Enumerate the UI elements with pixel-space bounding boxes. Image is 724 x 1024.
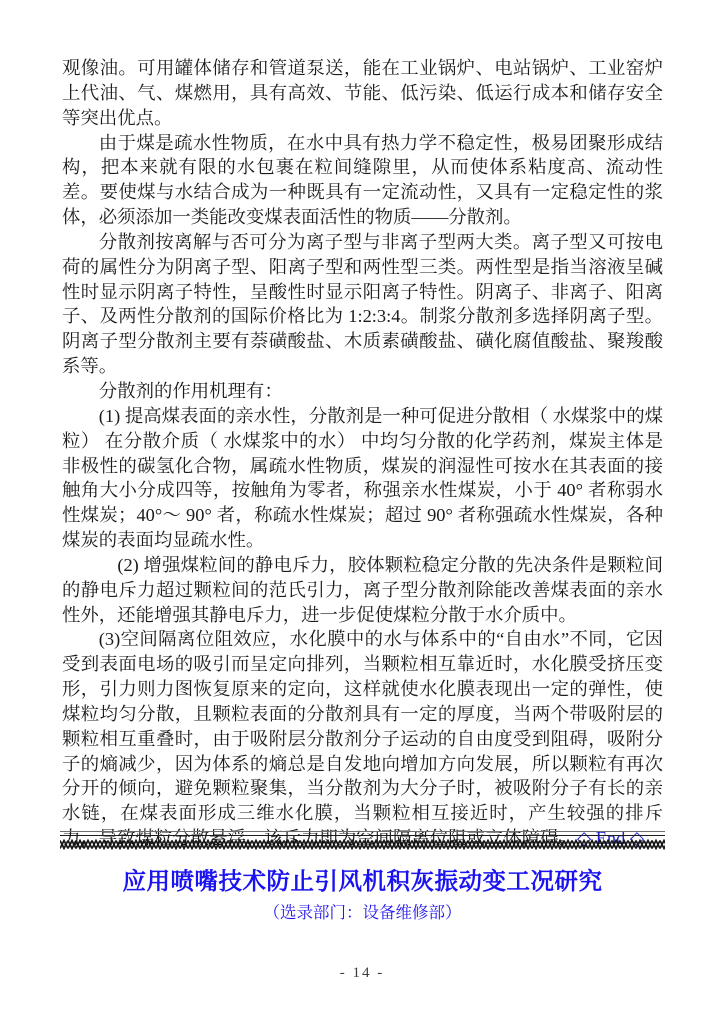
next-article-title: 应用喷嘴技术防止引风机积灰振动变工况研究 (62, 864, 663, 898)
page-number: - 14 - (0, 965, 724, 982)
paragraph-text: (3)空间隔离位阻效应，水化膜中的水与体系中的“自由水”不同，它因受到表面电场的… (62, 629, 663, 848)
paragraph: 分散剂按离解与否可分为离子型与非离子型两大类。离子型又可按电荷的属性分为阴离子型… (62, 230, 663, 379)
paragraph: (1) 提高煤表面的亲水性，分散剂是一种可促进分散相（ 水煤浆中的煤粒） 在分散… (62, 404, 663, 553)
paragraph: 由于煤是疏水性物质，在水中具有热力学不稳定性，极易团聚形成结构，把本来就有限的水… (62, 131, 663, 230)
paragraph: 分散剂的作用机理有： (62, 379, 663, 404)
paragraph: (2) 增强煤粒间的静电斥力，胶体颗粒稳定分散的先决条件是颗粒间的静电斥力超过颗… (62, 553, 663, 628)
next-article-subtitle: （选录部门：设备维修部） (62, 901, 663, 925)
document-page: 观像油。可用罐体储存和管道泵送，能在工业锅炉、电站锅炉、工业窑炉上代油、气、煤燃… (0, 0, 724, 1024)
divider-double-rule (60, 831, 665, 836)
section-divider (60, 831, 665, 850)
zigzag-ornament-icon (60, 839, 665, 850)
article-body: 观像油。可用罐体储存和管道泵送，能在工业锅炉、电站锅炉、工业窑炉上代油、气、煤燃… (62, 56, 663, 851)
paragraph: (3)空间隔离位阻效应，水化膜中的水与体系中的“自由水”不同，它因受到表面电场的… (62, 627, 663, 851)
paragraph: 观像油。可用罐体储存和管道泵送，能在工业锅炉、电站锅炉、工业窑炉上代油、气、煤燃… (62, 56, 663, 131)
